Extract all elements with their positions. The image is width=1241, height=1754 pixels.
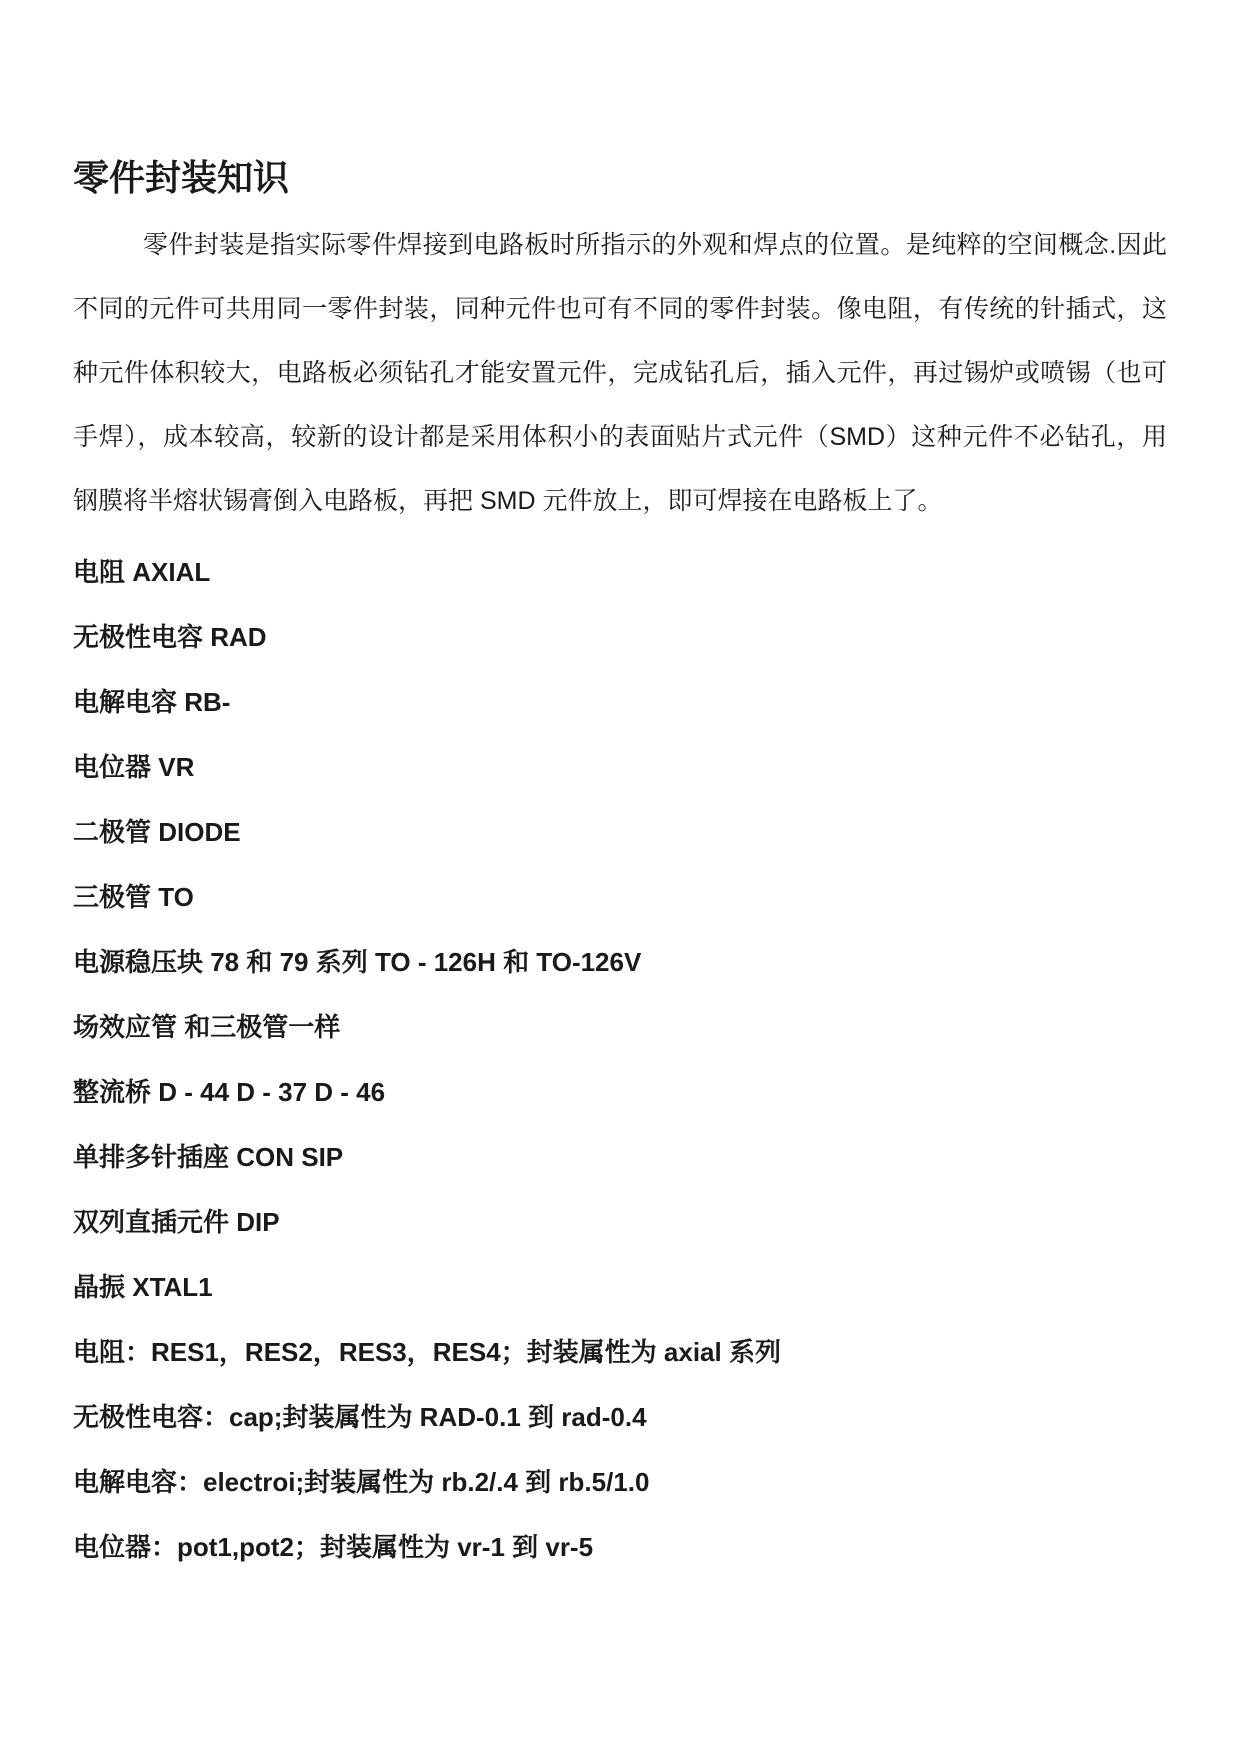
package-list-item: 场效应管 和三极管一样 (73, 995, 1167, 1060)
package-list-item: 电阻：RES1，RES2，RES3，RES4；封装属性为 axial 系列 (73, 1320, 1167, 1385)
intro-line: 钢膜将半熔状锡膏倒入电路板，再把 SMD 元件放上，即可焊接在电路板上了。 (73, 469, 1167, 533)
intro-line: 零件封装是指实际零件焊接到电路板时所指示的外观和焊点的位置。是纯粹的空间概念.因… (73, 213, 1167, 277)
intro-line: 种元件体积较大，电路板必须钻孔才能安置元件，完成钻孔后，插入元件，再过锡炉或喷锡… (73, 341, 1167, 405)
intro-line: 手焊），成本较高，较新的设计都是采用体积小的表面贴片式元件（SMD）这种元件不必… (73, 405, 1167, 469)
intro-line: 不同的元件可共用同一零件封装，同种元件也可有不同的零件封装。像电阻，有传统的针插… (73, 277, 1167, 341)
package-list-item: 电源稳压块 78 和 79 系列 TO - 126H 和 TO-126V (73, 930, 1167, 995)
package-list-item: 电解电容 RB- (73, 670, 1167, 735)
package-list-item: 电解电容：electroi;封装属性为 rb.2/.4 到 rb.5/1.0 (73, 1450, 1167, 1515)
package-list: 电阻 AXIAL无极性电容 RAD电解电容 RB-电位器 VR二极管 DIODE… (73, 540, 1167, 1580)
package-list-item: 电位器 VR (73, 735, 1167, 800)
intro-paragraph: 零件封装是指实际零件焊接到电路板时所指示的外观和焊点的位置。是纯粹的空间概念.因… (73, 213, 1167, 533)
package-list-item: 晶振 XTAL1 (73, 1255, 1167, 1320)
package-list-item: 电位器：pot1,pot2；封装属性为 vr-1 到 vr-5 (73, 1515, 1167, 1580)
package-list-item: 单排多针插座 CON SIP (73, 1125, 1167, 1190)
package-list-item: 三极管 TO (73, 865, 1167, 930)
page-title: 零件封装知识 (73, 156, 1167, 200)
package-list-item: 无极性电容 RAD (73, 605, 1167, 670)
package-list-item: 二极管 DIODE (73, 800, 1167, 865)
package-list-item: 双列直插元件 DIP (73, 1190, 1167, 1255)
package-list-item: 电阻 AXIAL (73, 540, 1167, 605)
package-list-item: 整流桥 D - 44 D - 37 D - 46 (73, 1060, 1167, 1125)
document-page: 零件封装知识 零件封装是指实际零件焊接到电路板时所指示的外观和焊点的位置。是纯粹… (0, 0, 1241, 1754)
package-list-item: 无极性电容：cap;封装属性为 RAD-0.1 到 rad-0.4 (73, 1385, 1167, 1450)
